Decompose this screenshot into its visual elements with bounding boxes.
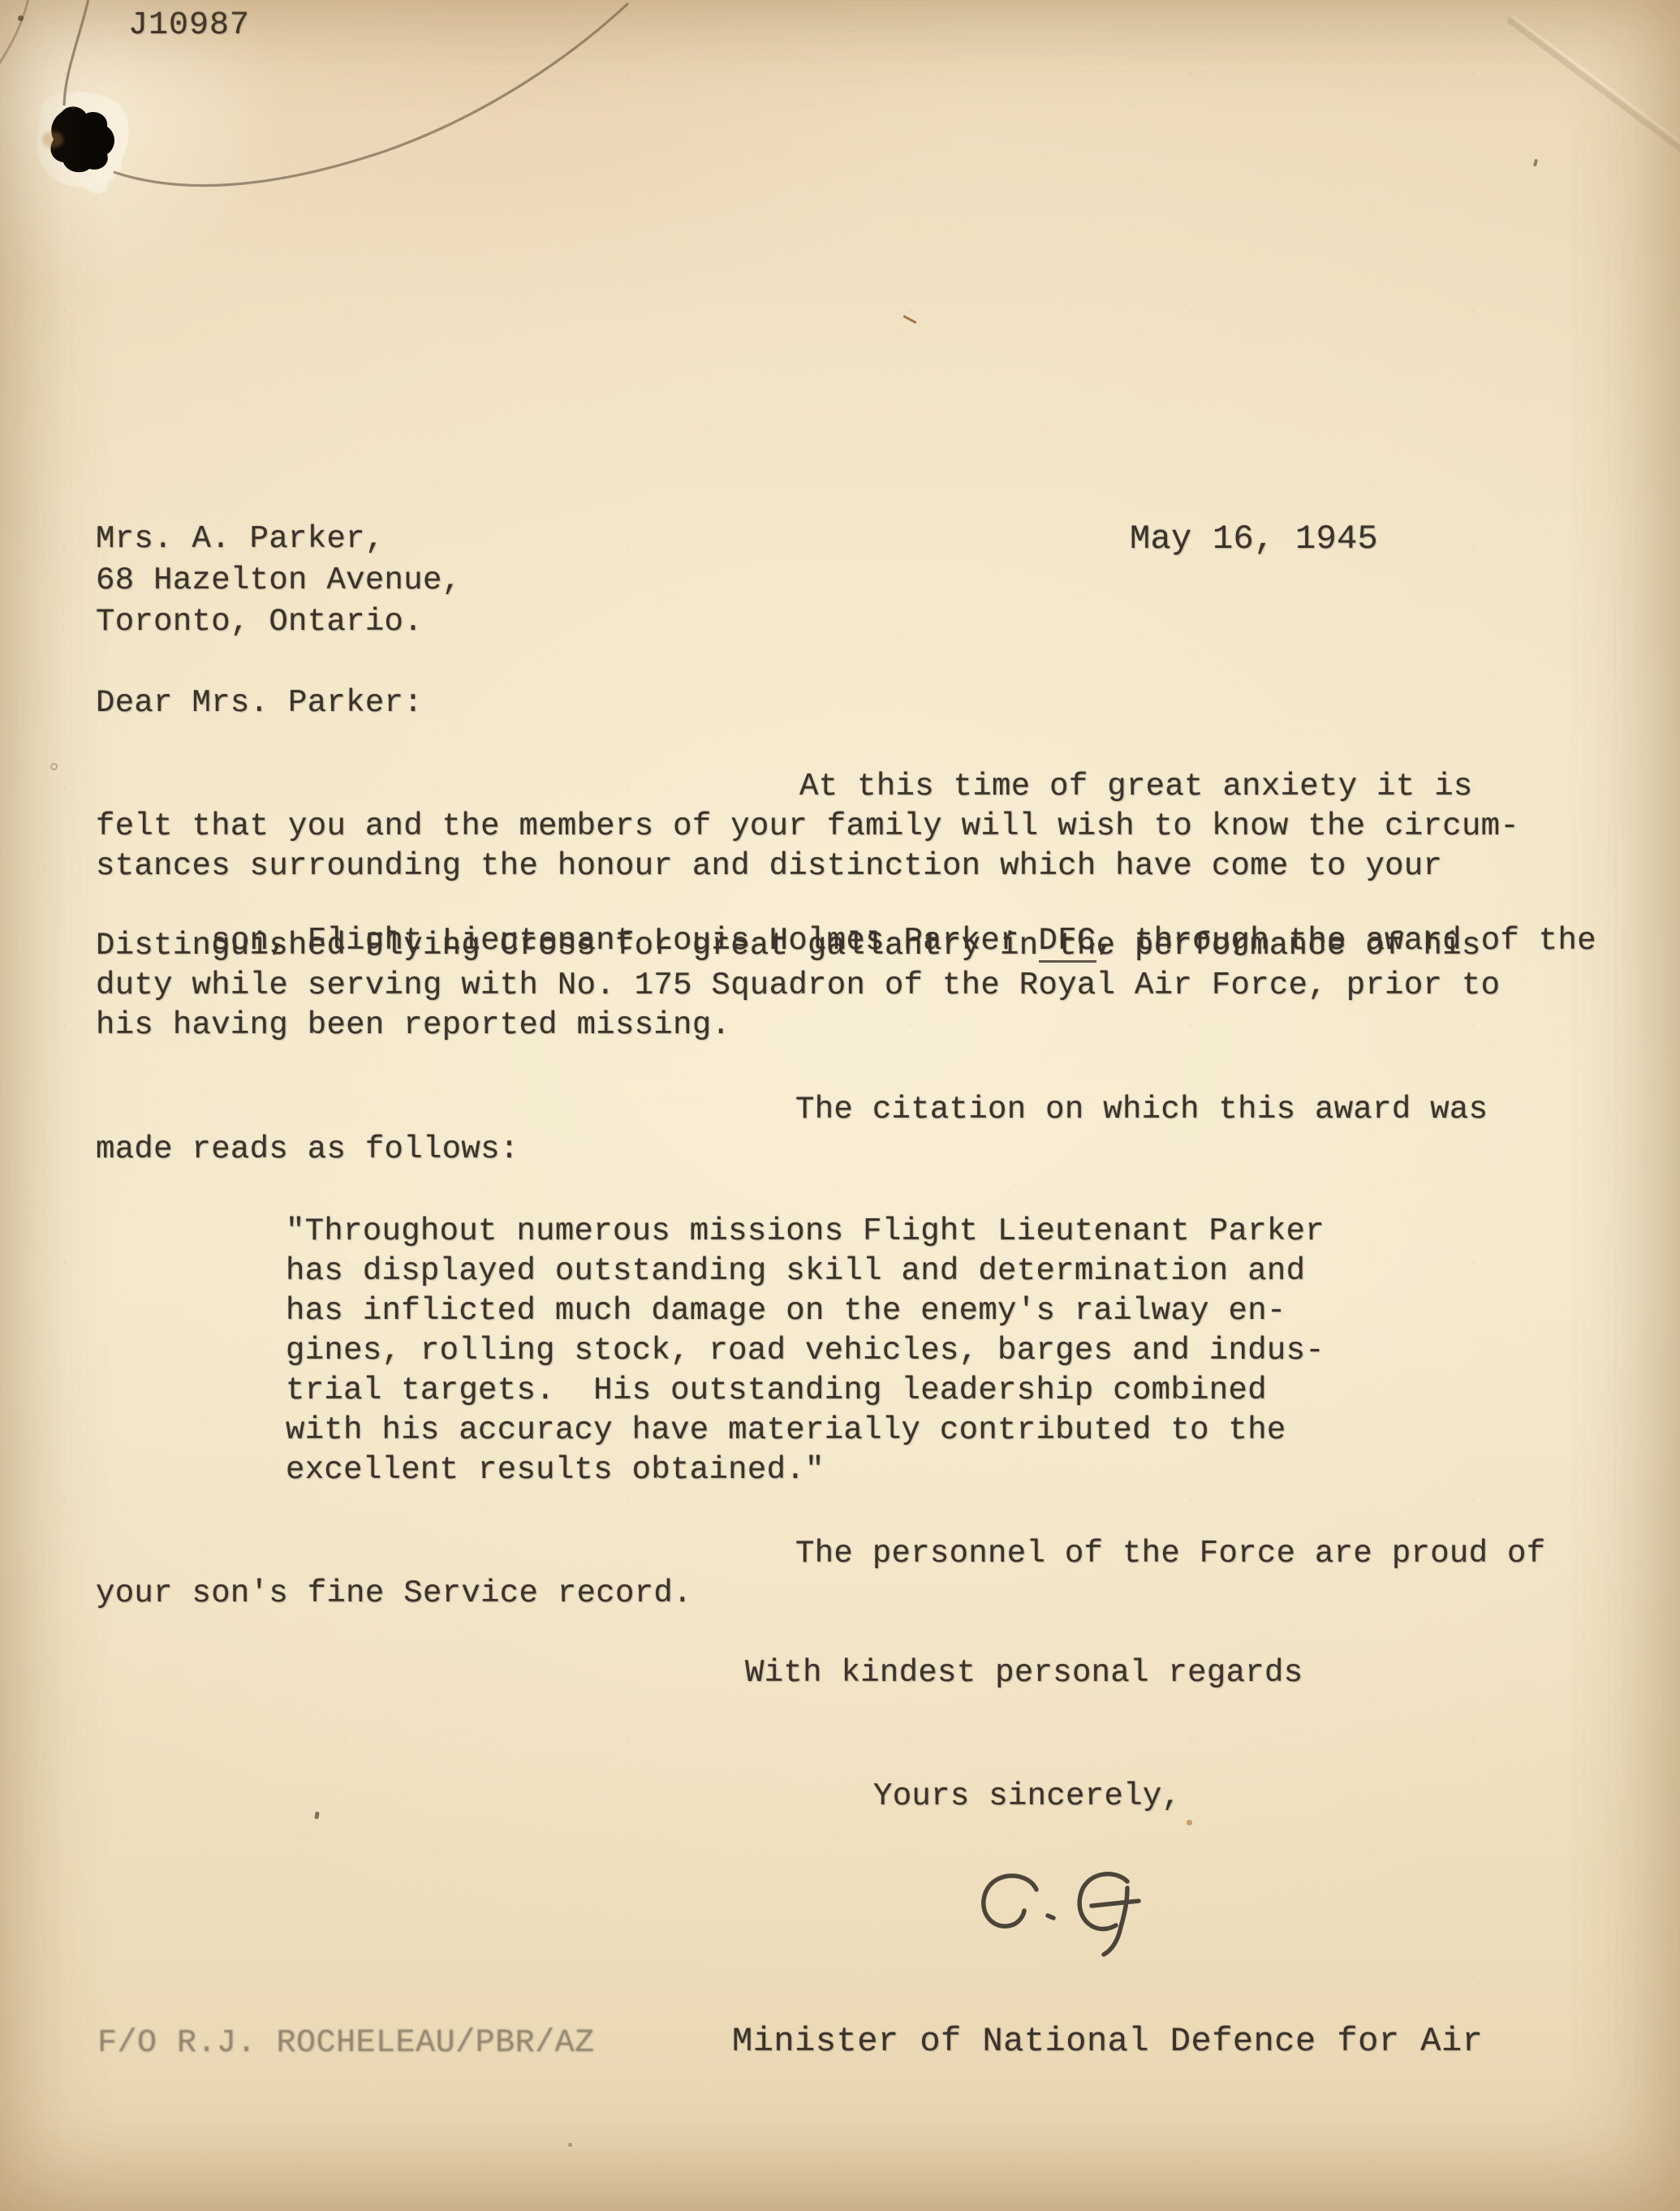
signature-text: C.G.	[0, 0, 1, 1]
body-line: At this time of great anxiety it is	[799, 769, 1473, 804]
body-line: his having been reported missing.	[96, 1008, 730, 1043]
address-line: 68 Hazelton Avenue,	[96, 563, 461, 598]
paper-speck	[1187, 1820, 1192, 1825]
body-line: made reads as follows:	[96, 1132, 519, 1167]
crease-line	[1508, 19, 1680, 151]
paper-speck	[314, 1812, 319, 1820]
punch-hole	[50, 106, 114, 172]
file-number: J10987	[128, 8, 250, 44]
crease-highlight	[1513, 16, 1680, 146]
regards-line: With kindest personal regards	[745, 1656, 1303, 1691]
citation-line: with his accuracy have materially contri…	[286, 1413, 1286, 1448]
citation-line: has inflicted much damage on the enemy's…	[286, 1294, 1286, 1329]
signature-stroke-g-bar	[1092, 1901, 1139, 1906]
paper-stain	[42, 131, 63, 148]
torn-paper-halo	[37, 92, 128, 187]
signatory-title: Minister of National Defence for Air	[732, 2023, 1483, 2060]
paper-speck	[1533, 159, 1538, 167]
signature-stroke-g-stem	[1104, 1888, 1127, 1955]
string-thread-top	[64, 0, 89, 106]
body-line: The personnel of the Force are proud of	[795, 1536, 1545, 1571]
citation-line: has displayed outstanding skill and dete…	[286, 1254, 1305, 1289]
citation-line: gines, rolling stock, road vehicles, bar…	[286, 1334, 1325, 1368]
body-line: The citation on which this award was	[795, 1093, 1488, 1127]
reference-code: F/O R.J. ROCHELEAU/PBR/AZ	[97, 2026, 595, 2062]
citation-line: "Throughout numerous missions Flight Lie…	[286, 1214, 1325, 1249]
citation-line: excellent results obtained."	[286, 1453, 825, 1488]
address-line: Mrs. A. Parker,	[96, 522, 385, 557]
scanned-letter-page: J10987 May 16, 1945 Mrs. A. Parker, 68 H…	[0, 0, 1680, 2211]
address-line: Toronto, Ontario.	[96, 605, 423, 640]
body-line: stances surrounding the honour and disti…	[96, 849, 1442, 884]
paper-speck	[568, 2143, 572, 2147]
signature-stroke-g-bowl	[1079, 1874, 1127, 1929]
body-line: duty while serving with No. 175 Squadron…	[96, 968, 1500, 1003]
salutation: Dear Mrs. Parker:	[96, 686, 423, 721]
closing-line: Yours sincerely,	[873, 1779, 1181, 1814]
body-line: felt that you and the members of your fa…	[96, 809, 1519, 844]
string-thread-corner	[0, 0, 29, 70]
torn-paper-flap	[83, 167, 108, 193]
paper-decorations	[0, 0, 1680, 568]
signature-stroke-dot	[1048, 1916, 1053, 1918]
citation-line: trial targets. His outstanding leadershi…	[286, 1373, 1267, 1408]
paper-speck	[50, 763, 58, 770]
body-line: your son's fine Service record.	[96, 1576, 692, 1611]
signature-initials	[962, 1864, 1165, 1965]
body-line: Distinguished Flying Cross for great gal…	[96, 929, 1481, 963]
date-line: May 16, 1945	[1130, 520, 1378, 558]
paper-speck	[18, 15, 24, 21]
signature-stroke-c	[984, 1876, 1036, 1926]
paper-fiber	[902, 315, 916, 324]
